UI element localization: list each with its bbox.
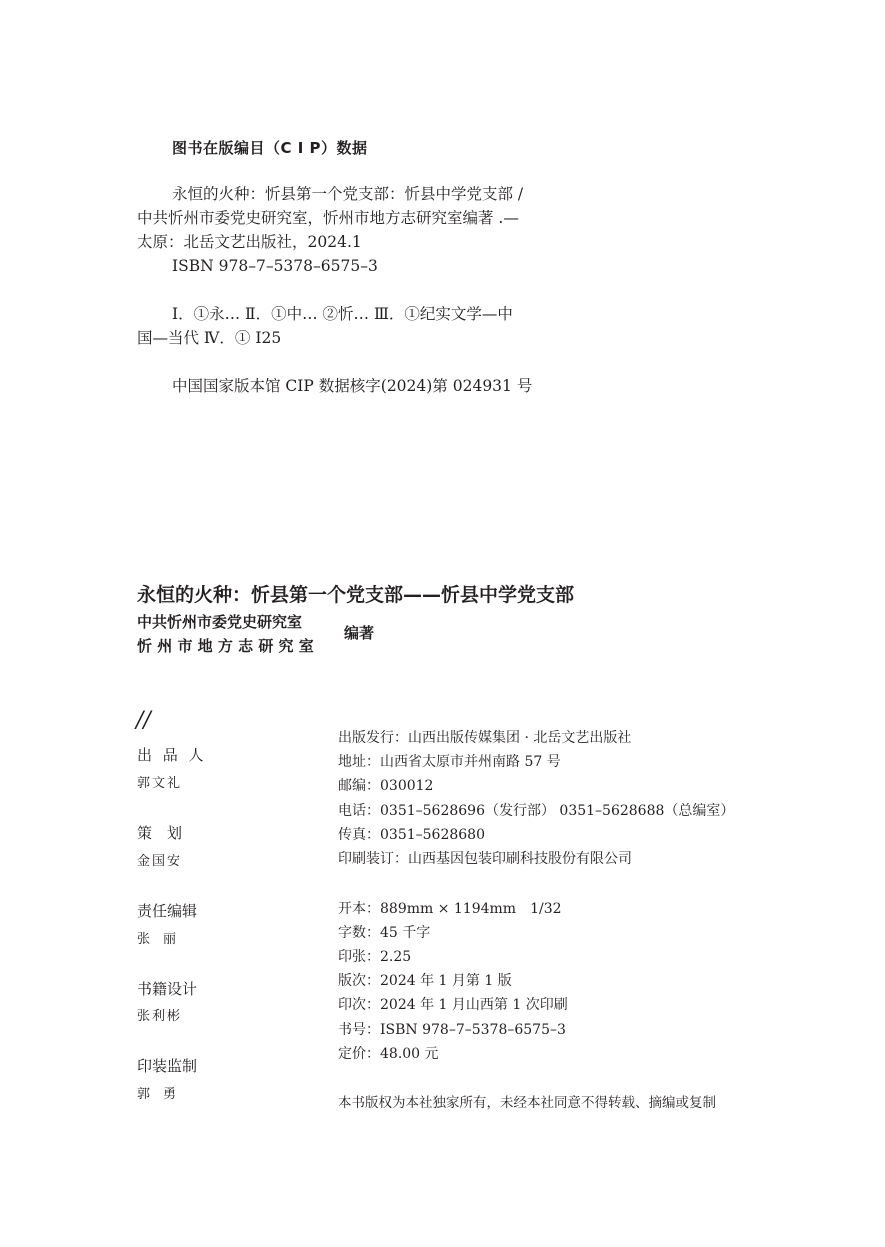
cip-catalog-line: 太原：北岳文艺出版社，2024.1 [137,230,362,254]
credit-role: 印装监制 [137,1055,197,1076]
cip-catalog-line: 中共忻州市委党史研究室，忻州市地方志研究室编著 .— [137,206,519,230]
cip-subject-line: Ⅰ．①永… Ⅱ．①中… ②忻… Ⅲ．①纪实文学—中 [172,302,513,326]
cip-isbn-line: ISBN 978–7–5378–6575–3 [172,254,378,278]
cip-approval-number: 中国国家版本馆 CIP 数据核字(2024)第 024931 号 [172,374,532,398]
credit-role: 出 品 人 [137,744,207,765]
author-name: 中共忻州市委党史研究室 [137,611,302,632]
credit-name: 张利彬 [137,1005,182,1024]
publisher-info-line: 出版发行：山西出版传媒集团 · 北岳文艺出版社 [338,727,631,747]
print-spec-line: 定价：48.00 元 [338,1043,439,1063]
credit-name: 金国安 [137,850,182,869]
credit-name: 郭 勇 [137,1083,176,1102]
print-spec-line: 版次：2024 年 1 月第 1 版 [338,970,512,990]
copyright-notice: 本书版权为本社独家所有，未经本社同意不得转载、摘编或复制 [338,1091,716,1111]
publisher-info-line: 邮编：030012 [338,775,433,795]
author-role: 编著 [344,622,374,643]
print-spec-line: 开本：889mm × 1194mm 1/32 [338,898,562,918]
publisher-info-line: 传真：0351–5628680 [338,824,485,844]
cip-subject-line: 国—当代 Ⅳ．① I25 [137,326,281,350]
decorative-slash-mark: // [136,708,151,733]
print-spec-line: 印次：2024 年 1 月山西第 1 次印刷 [338,994,568,1014]
print-spec-line: 印张：2.25 [338,946,411,966]
credit-role: 书籍设计 [137,978,197,999]
publisher-info-line: 印刷装订：山西基因包装印刷科技股份有限公司 [338,848,632,868]
print-spec-line: 书号：ISBN 978–7–5378–6575–3 [338,1019,566,1039]
credit-name: 郭文礼 [137,772,182,791]
credit-role: 策 划 [137,822,182,843]
credit-role: 责任编辑 [137,900,197,921]
credit-name: 张 丽 [137,928,176,947]
author-name: 忻 州 市 地 方 志 研 究 室 [137,635,314,656]
print-spec-line: 字数：45 千字 [338,922,430,942]
cip-heading: 图书在版编目（C I P）数据 [172,137,368,158]
publisher-info-line: 地址：山西省太原市并州南路 57 号 [338,751,561,771]
cip-catalog-line: 永恒的火种：忻县第一个党支部：忻县中学党支部 / [172,182,523,206]
publisher-info-line: 电话：0351–5628696（发行部） 0351–5628688（总编室） [338,800,734,820]
book-title: 永恒的火种：忻县第一个党支部——忻县中学党支部 [137,580,574,607]
